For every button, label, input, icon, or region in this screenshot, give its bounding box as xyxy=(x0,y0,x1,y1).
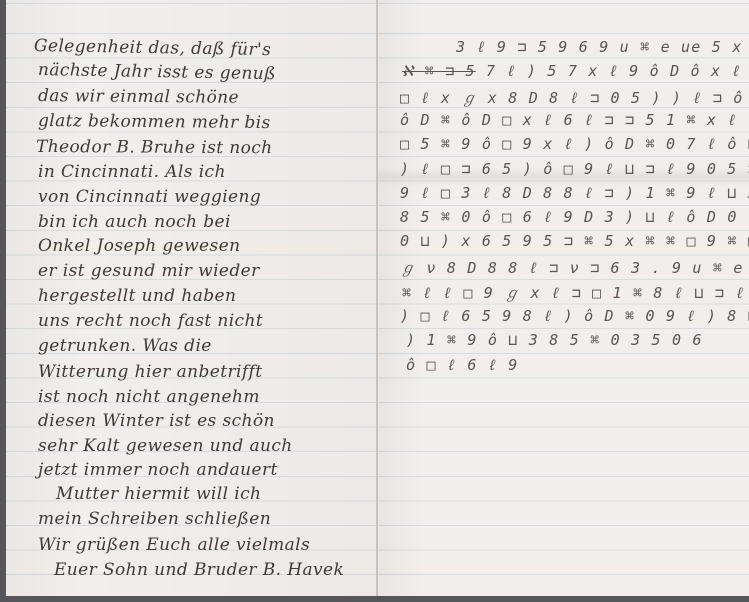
handwritten-line: mein Schreiben schließen xyxy=(38,509,271,529)
signature-line: Euer Sohn und Bruder B. Havek xyxy=(54,560,344,580)
handwritten-line: nächste Jahr isst es genuß xyxy=(38,60,276,84)
handwritten-line: Witterung hier anbetrifft xyxy=(38,362,262,382)
cipher-line: 9 ℓ □ 3 ℓ 8 D 8 8 ℓ ⊐ ) 1 ⌘ 9 ℓ ⊔ 3 xyxy=(400,184,749,203)
cipher-line: ô □ ℓ 6 ℓ 9 xyxy=(406,356,518,375)
handwritten-line: jetzt immer noch andauert xyxy=(38,460,278,480)
handwritten-line: sehr Kalt gewesen und auch xyxy=(38,436,293,456)
cipher-line: ) □ ℓ 6 5 9 8 ℓ ) ô D ⌘ 0 9 ℓ ) 8 ⊔ 9 ℓ … xyxy=(400,307,749,326)
left-page: Gelegenheit das, daß für's nächste Jahr … xyxy=(6,0,377,596)
cipher-line: ℵ ⌘ ⊐ 5 7 ℓ ) 5 7 x ℓ 9 ô D ô x ℓ 5 ⊐ ⊐ … xyxy=(402,62,749,81)
handwritten-line: glatz bekommen mehr bis xyxy=(38,111,271,133)
cipher-line: 8 5 ⌘ 0 ô □ 6 ℓ 9 D 3 ) ⊔ ℓ ô D 0 xyxy=(400,208,738,227)
handwritten-line: Mutter hiermit will ich xyxy=(56,484,261,504)
handwritten-line: in Cincinnati. Als ich xyxy=(38,162,226,182)
cipher-line: □ 5 ⌘ 9 ô □ 9 x ℓ ) ô D ⌘ 0 7 ℓ ô ⊔ ) xyxy=(400,135,749,154)
cipher-line: 0 ⊔ ) x 6 5 9 5 ⊐ ⌘ 5 x ⌘ ⌘ □ 9 ⌘ □ xyxy=(400,232,749,250)
cipher-line: ô D ⌘ ô D □ x ℓ 6 ℓ ⊐ ⊐ 5 1 ⌘ x ℓ ) xyxy=(400,111,749,130)
handwritten-line: Theodor B. Bruhe ist noch xyxy=(36,137,273,158)
cipher-line: ) ℓ □ ⊐ 6 5 ) ô □ 9 ℓ ⊔ ⊐ ℓ 9 0 5 ⊐ 6 ℓ … xyxy=(400,160,749,179)
cipher-line: ) 1 ⌘ 9 ô ⊔ 3 8 5 ⌘ 0 3 5 0 6 xyxy=(406,331,703,349)
letter-sheet: Gelegenheit das, daß für's nächste Jahr … xyxy=(6,0,749,596)
handwritten-line: hergestellt und haben xyxy=(38,286,236,306)
handwritten-line: Onkel Joseph gewesen xyxy=(38,236,240,256)
cipher-line: ℊ ν 8 D 8 8 ℓ ⊐ ν ⊐ 6 3 . 9 u ⌘ e xyxy=(400,257,744,278)
cipher-line: □ ℓ x ℊ x 8 D 8 ℓ ⊐ 0 5 ) ) ℓ ⊐ ô ℓ ⊐ ) … xyxy=(400,87,749,108)
handwritten-line: Gelegenheit das, daß für's xyxy=(34,36,272,60)
handwritten-line: getrunken. Was die xyxy=(38,336,212,356)
cipher-line: 3 ℓ 9 ⊐ 5 9 6 9 u ⌘ e ue 5 x 8 ⊔ 9 xyxy=(456,38,749,57)
handwritten-line: bin ich auch noch bei xyxy=(38,212,231,232)
right-page: 3 ℓ 9 ⊐ 5 9 6 9 u ⌘ e ue 5 x 8 ⊔ 9 ℵ ⌘ ⊐… xyxy=(378,0,749,596)
handwritten-line: diesen Winter ist es schön xyxy=(38,411,275,431)
handwritten-line: ist noch nicht angenehm xyxy=(38,387,260,407)
handwritten-line: uns recht noch fast nicht xyxy=(38,311,263,331)
handwritten-line: das wir einmal schöne xyxy=(38,86,239,108)
handwritten-line: von Cincinnati weggieng xyxy=(38,187,261,207)
struck-out-text: ℵ ⌘ ⊐ 5 xyxy=(402,62,476,80)
handwritten-line: Wir grüßen Euch alle vielmals xyxy=(38,535,310,555)
handwritten-line: er ist gesund mir wieder xyxy=(38,261,260,281)
cipher-line: ⌘ ℓ ℓ □ 9 ℊ x ℓ ⊐ □ 1 ⌘ 8 ℓ ⊔ ⊐ ℓ xyxy=(402,282,745,303)
